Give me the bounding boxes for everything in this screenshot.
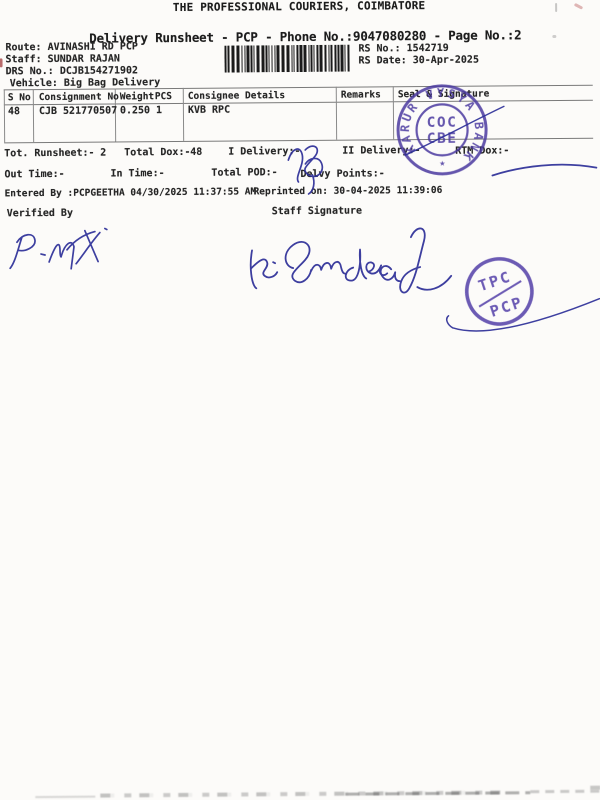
out-time-label: Out Time:- [4, 169, 64, 180]
bank-seal-center-line1: COC [427, 115, 458, 131]
total-pod-label: Total POD:- [211, 167, 277, 179]
barcode [224, 45, 350, 73]
col-header-remarks: Remarks [341, 89, 381, 100]
entered-by-line: Entered By :PCPGEETHA 04/30/2025 11:37:5… [5, 186, 257, 199]
total-dox-label: Total Dox:- [124, 147, 190, 159]
staff-signature-ink [250, 228, 451, 294]
scan-artifact [552, 35, 556, 38]
scan-artifact [0, 58, 2, 67]
drs-no-field: DRS No.: DCJB154271902 [6, 65, 139, 77]
reprinted-line: Reprinted on: 30-04-2025 11:39:06 [254, 185, 443, 197]
table-column-rule [4, 89, 5, 142]
staff-field: Staff: SUNDAR RAJAN [5, 53, 119, 65]
ii-delivery-label: II Delivery:- [342, 145, 420, 157]
seal-swoosh-ink [492, 164, 596, 175]
cell-pcs: 1 [156, 105, 162, 116]
staff-signature-label: Staff Signature [272, 206, 362, 218]
cell-weight: 0.250 [120, 105, 150, 116]
col-header-weight: Weight [120, 91, 154, 102]
tpc-stamp-line2: PCP [488, 293, 526, 321]
col-header-pcs: PCS [155, 91, 172, 102]
tot-runsheet-label: Tot. Runsheet:- [4, 148, 94, 160]
table-column-rule [33, 89, 34, 142]
cell-consignee: KVB RPC [188, 105, 230, 116]
verified-by-label: Verified By [7, 208, 73, 220]
table-bottom-rule [4, 138, 593, 144]
table-column-rule [393, 86, 394, 139]
i-delivery-label: I Delivery:- [228, 146, 300, 158]
tot-runsheet-value: 2 [100, 148, 106, 159]
in-time-label: In Time:- [110, 168, 164, 179]
col-header-consignment: Consignment No [39, 91, 119, 103]
col-header-consignee: Consignee Details [188, 90, 285, 102]
tpc-swoosh-ink [447, 299, 600, 332]
col-header-seal: Seal & Signature [398, 89, 490, 101]
tpc-stamp-line1: TPC [476, 267, 514, 295]
tpc-pcp-stamp: TPC PCP [458, 250, 540, 332]
cell-consignment: CJB 521770507 [39, 105, 117, 117]
rs-no-field: RS No.: 1542719 [358, 43, 448, 55]
route-field: Route: AVINASHI RD PCP [5, 41, 138, 53]
table-column-rule [336, 87, 337, 140]
col-header-sno: S No [8, 92, 31, 103]
bank-seal-star: ★ [439, 158, 445, 169]
table-column-rule [183, 88, 184, 141]
delvy-points-label: Delvy Points:- [300, 168, 384, 180]
scanned-delivery-runsheet: THE PROFESSIONAL COURIERS, COIMBATORE De… [0, 0, 600, 800]
scan-artifact [555, 3, 557, 12]
total-dox-value: 48 [190, 147, 202, 158]
stamps-and-ink-overlay: KARUR VYSYA BANK ★ COC CBE TPC PCP [0, 0, 600, 800]
rs-date-field: RS Date: 30-Apr-2025 [358, 55, 479, 67]
cell-sno: 48 [8, 106, 20, 117]
verified-by-signature-ink [10, 229, 107, 270]
document-content: THE PROFESSIONAL COURIERS, COIMBATORE De… [0, 0, 600, 800]
rtm-dox-label: RTM Dox:- [455, 145, 509, 156]
company-title: THE PROFESSIONAL COURIERS, COIMBATORE [0, 0, 599, 15]
